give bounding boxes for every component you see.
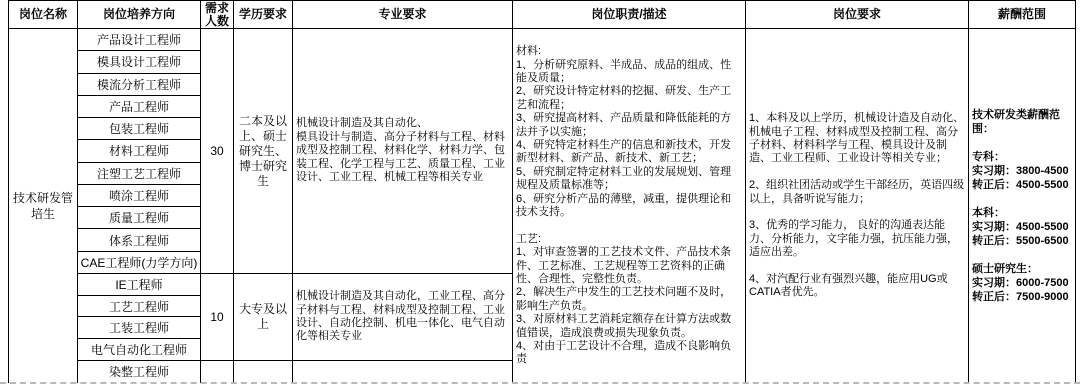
major-empty-cell <box>293 360 512 383</box>
education-group2: 大专及以上 <box>234 273 292 360</box>
direction-row: 材料工程师 <box>78 139 200 161</box>
page-break-dashed-line <box>0 382 1080 384</box>
recruitment-table: 岗位名称 岗位培养方向 需求人数 学历要求 专业要求 岗位职责/描述 岗位要求 … <box>8 0 1076 383</box>
direction-row: 电气自动化工程师 <box>78 338 200 360</box>
position-name-cell: 技术研发管培生 <box>8 28 77 383</box>
header-position-name: 岗位名称 <box>8 0 77 28</box>
major-column: 机械设计制造及其自动化、 模具设计与制造、高分子材料与工程、材料成型及控制工程、… <box>292 28 512 383</box>
direction-row: 体系工程师 <box>78 228 200 250</box>
header-major-requirement: 专业要求 <box>292 0 512 28</box>
education-group1: 二本及以上、硕士研究生、博士研究生 <box>234 28 292 273</box>
major-group1: 机械设计制造及其自动化、 模具设计与制造、高分子材料与工程、材料成型及控制工程、… <box>293 28 512 273</box>
headcount-column: 30 10 <box>200 28 233 383</box>
direction-row: 模流分析工程师 <box>78 73 200 95</box>
direction-row: 染整工程师 <box>78 360 200 383</box>
direction-row: CAE工程师(力学方向) <box>78 251 200 273</box>
headcount-group1: 30 <box>201 28 233 273</box>
header-salary-range: 薪酬范围 <box>968 0 1075 28</box>
responsibilities-cell: 材料: 1、分析研究原料、半成品、成品的组成、性能及质量； 2、研究设计特定材料… <box>512 28 745 383</box>
header-training-direction: 岗位培养方向 <box>77 0 200 28</box>
direction-row: 喷涂工程师 <box>78 184 200 206</box>
direction-row: 工装工程师 <box>78 316 200 338</box>
direction-row: 注塑工艺工程师 <box>78 162 200 184</box>
headcount-group2: 10 <box>201 273 233 360</box>
recruitment-table-page: 岗位名称 岗位培养方向 需求人数 学历要求 专业要求 岗位职责/描述 岗位要求 … <box>0 0 1080 386</box>
training-direction-column: 产品设计工程师 模具设计工程师 模流分析工程师 产品工程师 包装工程师 材料工程… <box>77 28 200 383</box>
direction-row: IE工程师 <box>78 273 200 295</box>
headcount-empty-cell <box>201 360 233 383</box>
header-headcount: 需求人数 <box>200 0 233 28</box>
direction-row: 产品设计工程师 <box>78 28 200 50</box>
salary-range-cell: 技术研发类薪酬范围： 专科： 实习期：3800-4500 转正后：4500-55… <box>968 28 1075 383</box>
header-education: 学历要求 <box>233 0 292 28</box>
direction-row: 包装工程师 <box>78 117 200 139</box>
education-column: 二本及以上、硕士研究生、博士研究生 大专及以上 <box>233 28 292 383</box>
direction-row: 质量工程师 <box>78 206 200 228</box>
education-empty-cell <box>234 360 292 383</box>
header-job-requirements: 岗位要求 <box>745 0 968 28</box>
direction-row: 工艺工程师 <box>78 295 200 317</box>
direction-row: 产品工程师 <box>78 95 200 117</box>
header-responsibilities: 岗位职责/描述 <box>512 0 745 28</box>
job-requirements-cell: 1、本科及以上学历，机械设计造及自动化、机械电子工程、材料成型及控制工程、高分子… <box>745 28 968 383</box>
direction-row: 模具设计工程师 <box>78 50 200 72</box>
major-group2: 机械设计制造及其自动化，工业工程、高分子材料与工程、材料成型及控制工程、工业设计… <box>293 273 512 360</box>
